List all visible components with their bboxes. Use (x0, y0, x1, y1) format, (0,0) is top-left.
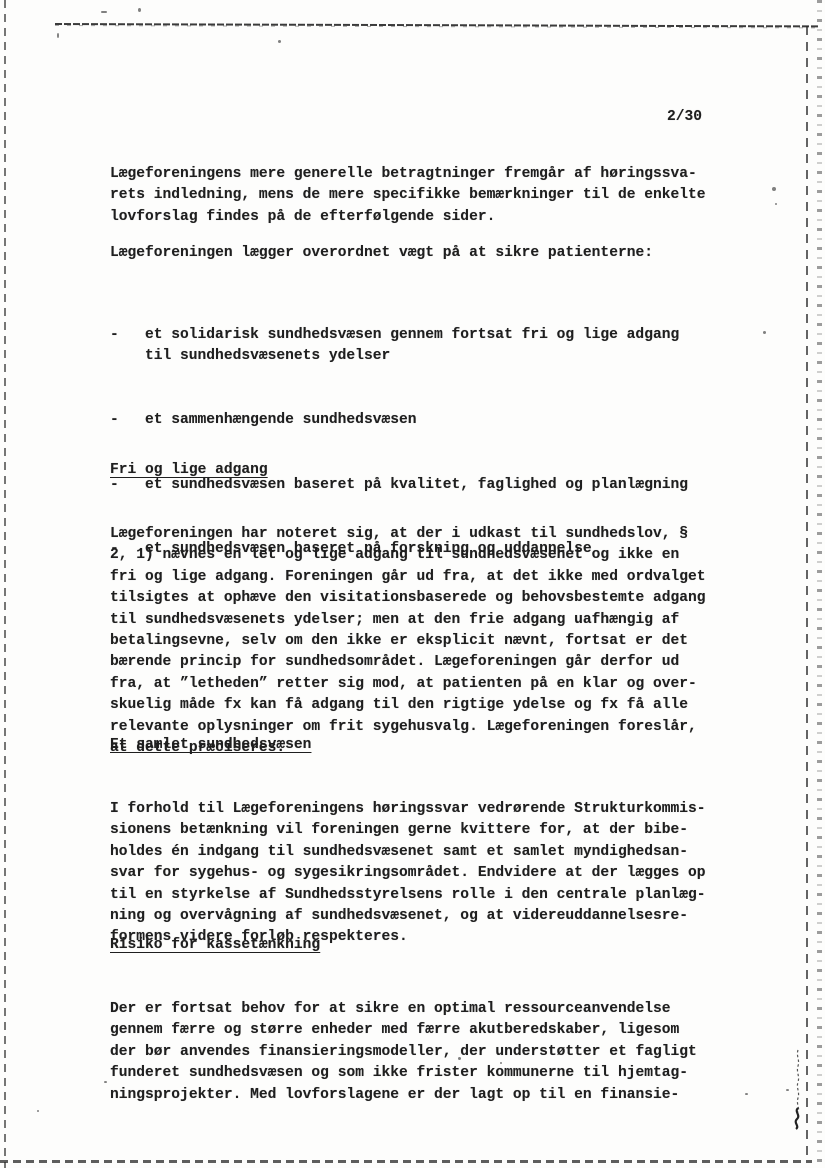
bullet-marker: - (110, 325, 145, 368)
bullet-text: et solidarisk sundhedsvæsen gennem forts… (145, 325, 679, 368)
scan-speck (772, 187, 776, 191)
scan-artifact-right-line (806, 26, 808, 1160)
document-page: 2/30 Lægeforeningens mere generelle betr… (0, 0, 825, 1168)
scan-speck (37, 1110, 39, 1112)
scan-artifact-left-edge (4, 0, 6, 1168)
section-heading: Et samlet sundhedsvæsen (110, 735, 706, 756)
section-body: Der er fortsat behov for at sikre en opt… (110, 999, 697, 1106)
scan-speck (745, 1093, 748, 1095)
scan-speck (763, 331, 766, 334)
scan-artifact-bottom-line (0, 1160, 812, 1163)
scan-speck (138, 8, 141, 12)
overview-lead: Lægeforeningen lægger overordnet vægt på… (110, 243, 653, 264)
scan-speck (57, 33, 59, 38)
bullet-item: - et solidarisk sundhedsvæsen gennem for… (110, 325, 688, 368)
intro-paragraph: Lægeforeningens mere generelle betragtni… (110, 164, 706, 228)
section-heading: Fri og lige adgang (110, 460, 706, 481)
scan-artifact-squiggle (790, 1048, 804, 1132)
scan-speck (101, 11, 107, 13)
scan-artifact-top-line (55, 22, 818, 29)
scan-speck (104, 1081, 107, 1083)
page-number: 2/30 (667, 107, 702, 128)
scan-artifact-right-edge-noise (817, 0, 822, 1168)
scan-speck (278, 40, 281, 43)
scan-speck (786, 1089, 789, 1091)
scan-speck (775, 203, 777, 205)
section-heading: Risiko for kassetænkning (110, 935, 697, 956)
section-risiko-for-kassetaenkning: Risiko for kassetænkning Der er fortsat … (110, 892, 697, 1149)
